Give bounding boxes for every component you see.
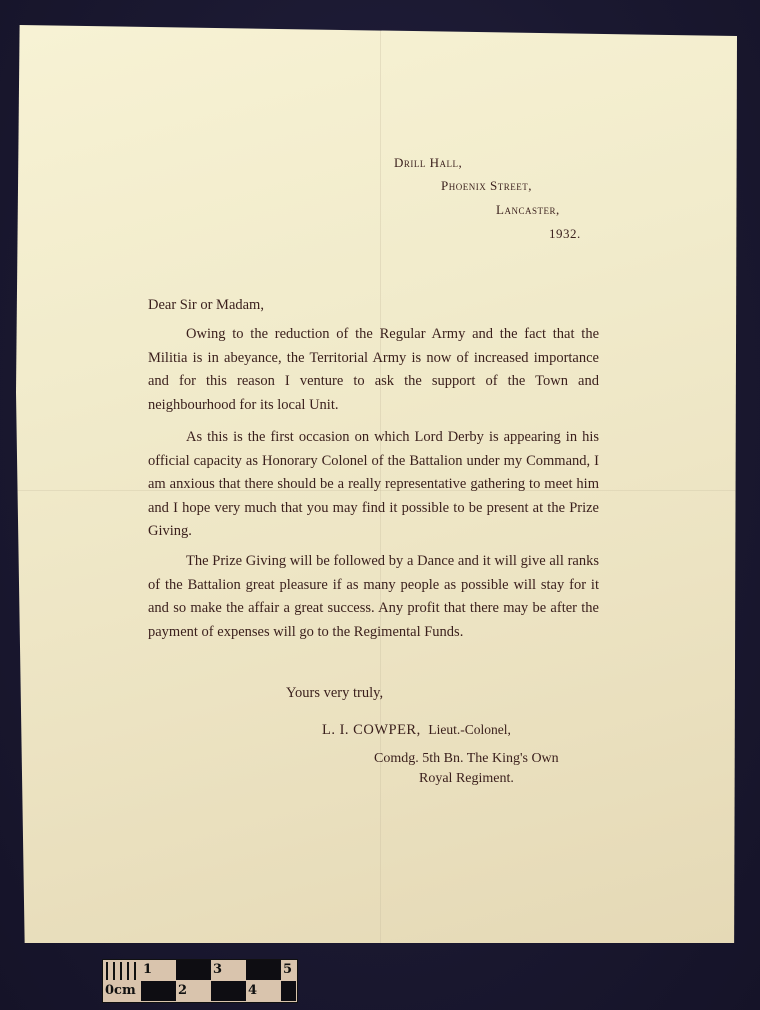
scale-cell-dark — [176, 960, 211, 980]
scale-cell-0: 0cm — [103, 981, 141, 1001]
scale-cell-4: 4 — [246, 981, 281, 1001]
command-line-2: Royal Regiment. — [419, 771, 514, 787]
paragraph-2: As this is the first occasion on which L… — [148, 426, 599, 544]
scale-cell-1: 1 — [141, 960, 176, 980]
paragraph-1: Owing to the reduction of the Regular Ar… — [148, 323, 599, 417]
scale-cell-3: 3 — [211, 960, 246, 980]
address-line-1: Drill Hall, — [394, 155, 462, 171]
scale-cell-dark — [211, 981, 246, 1001]
paragraph-3: The Prize Giving will be followed by a D… — [148, 550, 599, 644]
signatory-name: L. I. COWPER, — [322, 722, 421, 738]
scale-bar: 1 3 5 0cm 2 4 — [102, 959, 298, 1003]
scale-cell-2: 2 — [176, 981, 211, 1001]
scale-cell-5: 5 — [281, 960, 296, 980]
signature-line: L. I. COWPER, Lieut.-Colonel, — [322, 722, 511, 739]
address-line-2: Phoenix Street, — [441, 178, 532, 194]
closing: Yours very truly, — [286, 685, 383, 702]
scale-cell-dark — [246, 960, 281, 980]
scale-cell-dark — [281, 981, 296, 1001]
address-line-3: Lancaster, — [496, 202, 560, 218]
greeting: Dear Sir or Madam, — [148, 297, 264, 314]
command-line-1: Comdg. 5th Bn. The King's Own — [374, 751, 559, 767]
address-year: 1932. — [549, 226, 581, 242]
letter-sheet: Drill Hall, Phoenix Street, Lancaster, 1… — [16, 25, 737, 943]
signatory-rank: Lieut.-Colonel, — [428, 722, 510, 737]
scale-cell-dark — [141, 981, 176, 1001]
scale-ticks — [105, 962, 141, 980]
